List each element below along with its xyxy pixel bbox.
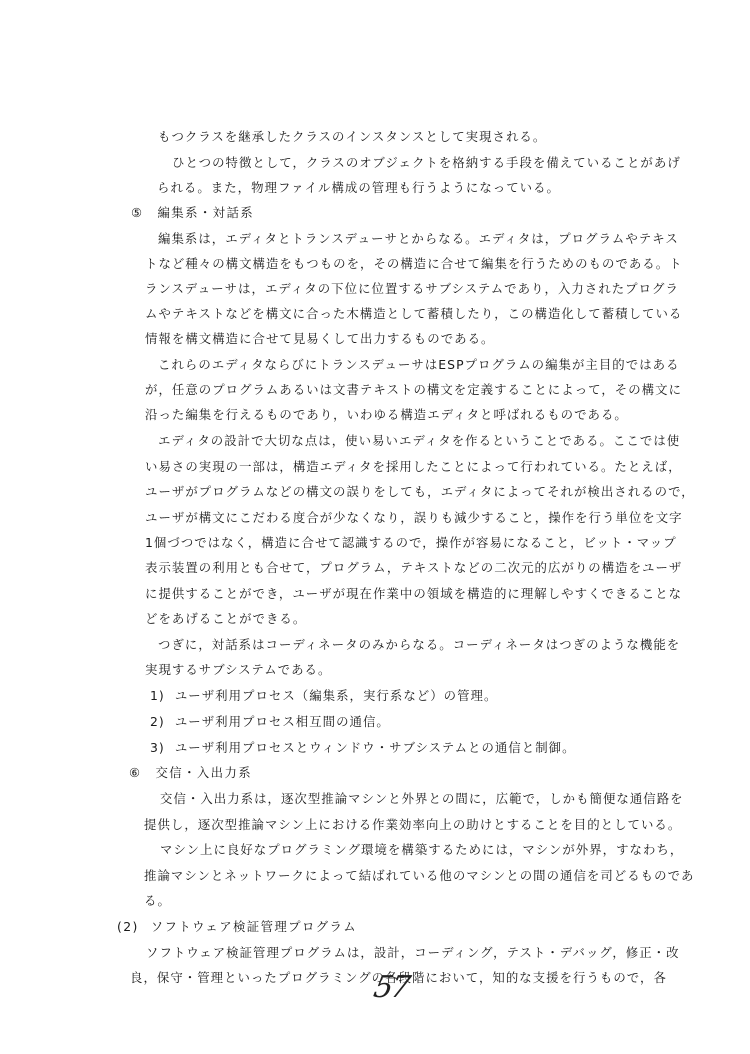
list-number: 2) xyxy=(150,714,165,730)
list-item-text: ユーザ利用プロセス相互間の通信。 xyxy=(175,714,390,729)
section-number: ⑥ xyxy=(129,765,142,781)
paragraph-line: が，任意のプログラムあるいは文書テキストの構文を定義することによって，その構文に xyxy=(145,382,682,398)
paragraph-line: ランスデューサは，エディタの下位に位置するサブシステムであり，入力されたプログラ xyxy=(145,281,679,297)
paragraph-line: 交信・入出力系は，逐次型推論マシンと外界との間に，広範で，しかも簡便な通信路を xyxy=(160,791,684,807)
paragraph-line: 表示装置の利用とも合せて，プログラム，テキストなどの二次元的広がりの構造をユーザ xyxy=(145,560,682,576)
paragraph-line: ムやテキストなどを構文に合った木構造として蓄積したり，この構造化して蓄積している xyxy=(145,306,682,322)
list-number: 3) xyxy=(150,740,165,756)
paragraph-line: に提供することができ，ユーザが現在作業中の領域を構造的に理解しやすくできることな xyxy=(145,586,682,602)
paragraph-line: マシン上に良好なプログラミング環境を構築するためには，マシンが外界，すなわち， xyxy=(160,842,683,858)
list-number: 1) xyxy=(150,688,165,704)
page-number: 57 xyxy=(371,970,411,1005)
section-heading-2: (2)ソフトウェア検証管理プログラム xyxy=(117,919,357,935)
paragraph-line: トなど種々の構文構造をもつものを，その構造に合せて編集を行うためのものである。ト xyxy=(145,256,683,272)
section-heading-6: ⑥交信・入出力系 xyxy=(129,765,252,781)
paragraph-line: 提供し，逐次型推論マシン上における作業効率向上の助けとすることを目的としている。 xyxy=(144,817,681,833)
paragraph-line: ひとつの特徴として，クラスのオブジェクトを格納する手段を備えていることがあげ xyxy=(172,155,681,171)
list-item-2: 2)ユーザ利用プロセス相互間の通信。 xyxy=(150,714,390,730)
section-title: 交信・入出力系 xyxy=(156,765,253,780)
paragraph-line: 編集系は，エディタとトランスデューサとからなる。エディタは，プログラムやテキス xyxy=(158,231,679,247)
paragraph-line: つぎに，対話系はコーディネータのみからなる。コーディネータはつぎのような機能を xyxy=(158,637,680,653)
paragraph-line: ソフトウェア検証管理プログラムは，設計，コーディング，テスト・デバッグ，修正・改 xyxy=(146,945,680,961)
paragraph-line: もつクラスを継承したクラスのインスタンスとして実現される。 xyxy=(158,129,546,145)
section-title: ソフトウェア検証管理プログラム xyxy=(151,919,357,934)
paragraph-line: これらのエディタならびにトランスデューサはESPプログラムの編集が主目的ではある xyxy=(158,357,680,373)
paragraph-line: 1個づつではなく，構造に合せて認識するので，操作が容易になること，ビット・マップ xyxy=(145,535,677,551)
paragraph-line: ユーザがプログラムなどの構文の誤りをしても，エディタによってそれが検出されるので… xyxy=(145,484,695,500)
list-item-text: ユーザ利用プロセス（編集系，実行系など）の管理。 xyxy=(175,688,498,703)
paragraph-line: ユーザが構文にこだわる度合が少なくなり，誤りも減少すること，操作を行う単位を文字 xyxy=(145,510,683,526)
paragraph-line: エディタの設計で大切な点は，使い易いエディタを作るということである。ここでは使 xyxy=(158,433,680,449)
list-item-1: 1)ユーザ利用プロセス（編集系，実行系など）の管理。 xyxy=(150,688,497,704)
paragraph-line: 情報を構文構造に合せて見易くして出力するものである。 xyxy=(145,331,494,347)
paragraph-line: られる。また，物理ファイル構成の管理も行うようになっている。 xyxy=(157,180,560,196)
paragraph-line: どをあげることができる。 xyxy=(145,611,306,627)
section-heading-5: ⑤編集系・対話系 xyxy=(131,205,254,221)
list-item-3: 3)ユーザ利用プロセスとウィンドウ・サブシステムとの通信と制御。 xyxy=(150,740,576,756)
list-item-text: ユーザ利用プロセスとウィンドウ・サブシステムとの通信と制御。 xyxy=(175,740,576,755)
paragraph-line: い易さの実現の一部は，構造エディタを採用したことによって行われている。たとえば， xyxy=(145,459,682,475)
section-number: (2) xyxy=(117,919,139,935)
paragraph-line: る。 xyxy=(144,893,171,909)
scanned-document-page: もつクラスを継承したクラスのインスタンスとして実現される。 ひとつの特徴として，… xyxy=(0,0,750,1054)
section-title: 編集系・対話系 xyxy=(158,205,255,220)
paragraph-line: 沿った編集を行えるものであり，いわゆる構造エディタと呼ばれるものである。 xyxy=(145,407,628,423)
paragraph-line: 推論マシンとネットワークによって結ばれている他のマシンとの間の通信を司どるもので… xyxy=(144,868,694,884)
paragraph-line: 実現するサブシステムである。 xyxy=(145,662,331,678)
section-number: ⑤ xyxy=(131,205,144,221)
